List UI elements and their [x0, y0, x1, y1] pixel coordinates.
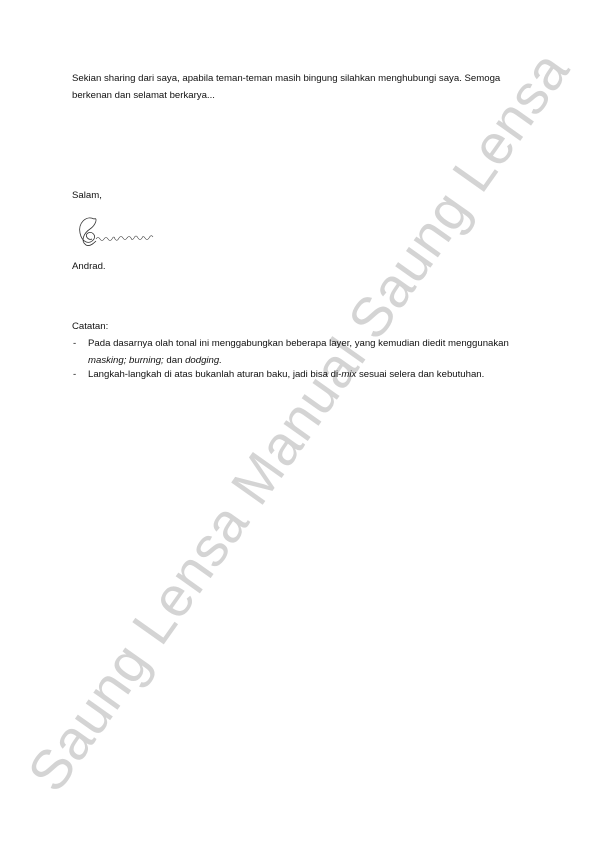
signer-name: Andrad. — [72, 258, 106, 275]
note-text: Langkah-langkah di atas bukanlah aturan … — [88, 366, 512, 383]
bullet-dash: - — [73, 335, 76, 352]
signature-icon — [74, 213, 164, 249]
note-text-part: sesuai selera dan kebutuhan. — [356, 369, 484, 380]
document-page: Saung Lensa Manual Saung Lensa Sekian sh… — [0, 0, 596, 842]
note-text-italic: mix — [341, 369, 356, 380]
note-text: Pada dasarnya olah tonal ini menggabungk… — [88, 335, 512, 369]
note-text-part: Pada dasarnya olah tonal ini menggabungk… — [88, 338, 509, 349]
note-item: - Langkah-langkah di atas bukanlah atura… — [72, 366, 512, 383]
note-item: - Pada dasarnya olah tonal ini menggabun… — [72, 335, 512, 369]
note-text-italic: masking; burning; — [88, 355, 164, 366]
note-text-part: Langkah-langkah di atas bukanlah aturan … — [88, 369, 341, 380]
note-text-italic: dodging. — [185, 355, 222, 366]
watermark: Saung Lensa Manual Saung Lensa — [14, 39, 581, 803]
bullet-dash: - — [73, 366, 76, 383]
greeting: Salam, — [72, 187, 102, 204]
notes-title: Catatan: — [72, 318, 108, 335]
note-text-part: dan — [164, 355, 185, 366]
closing-paragraph: Sekian sharing dari saya, apabila teman-… — [72, 70, 532, 104]
